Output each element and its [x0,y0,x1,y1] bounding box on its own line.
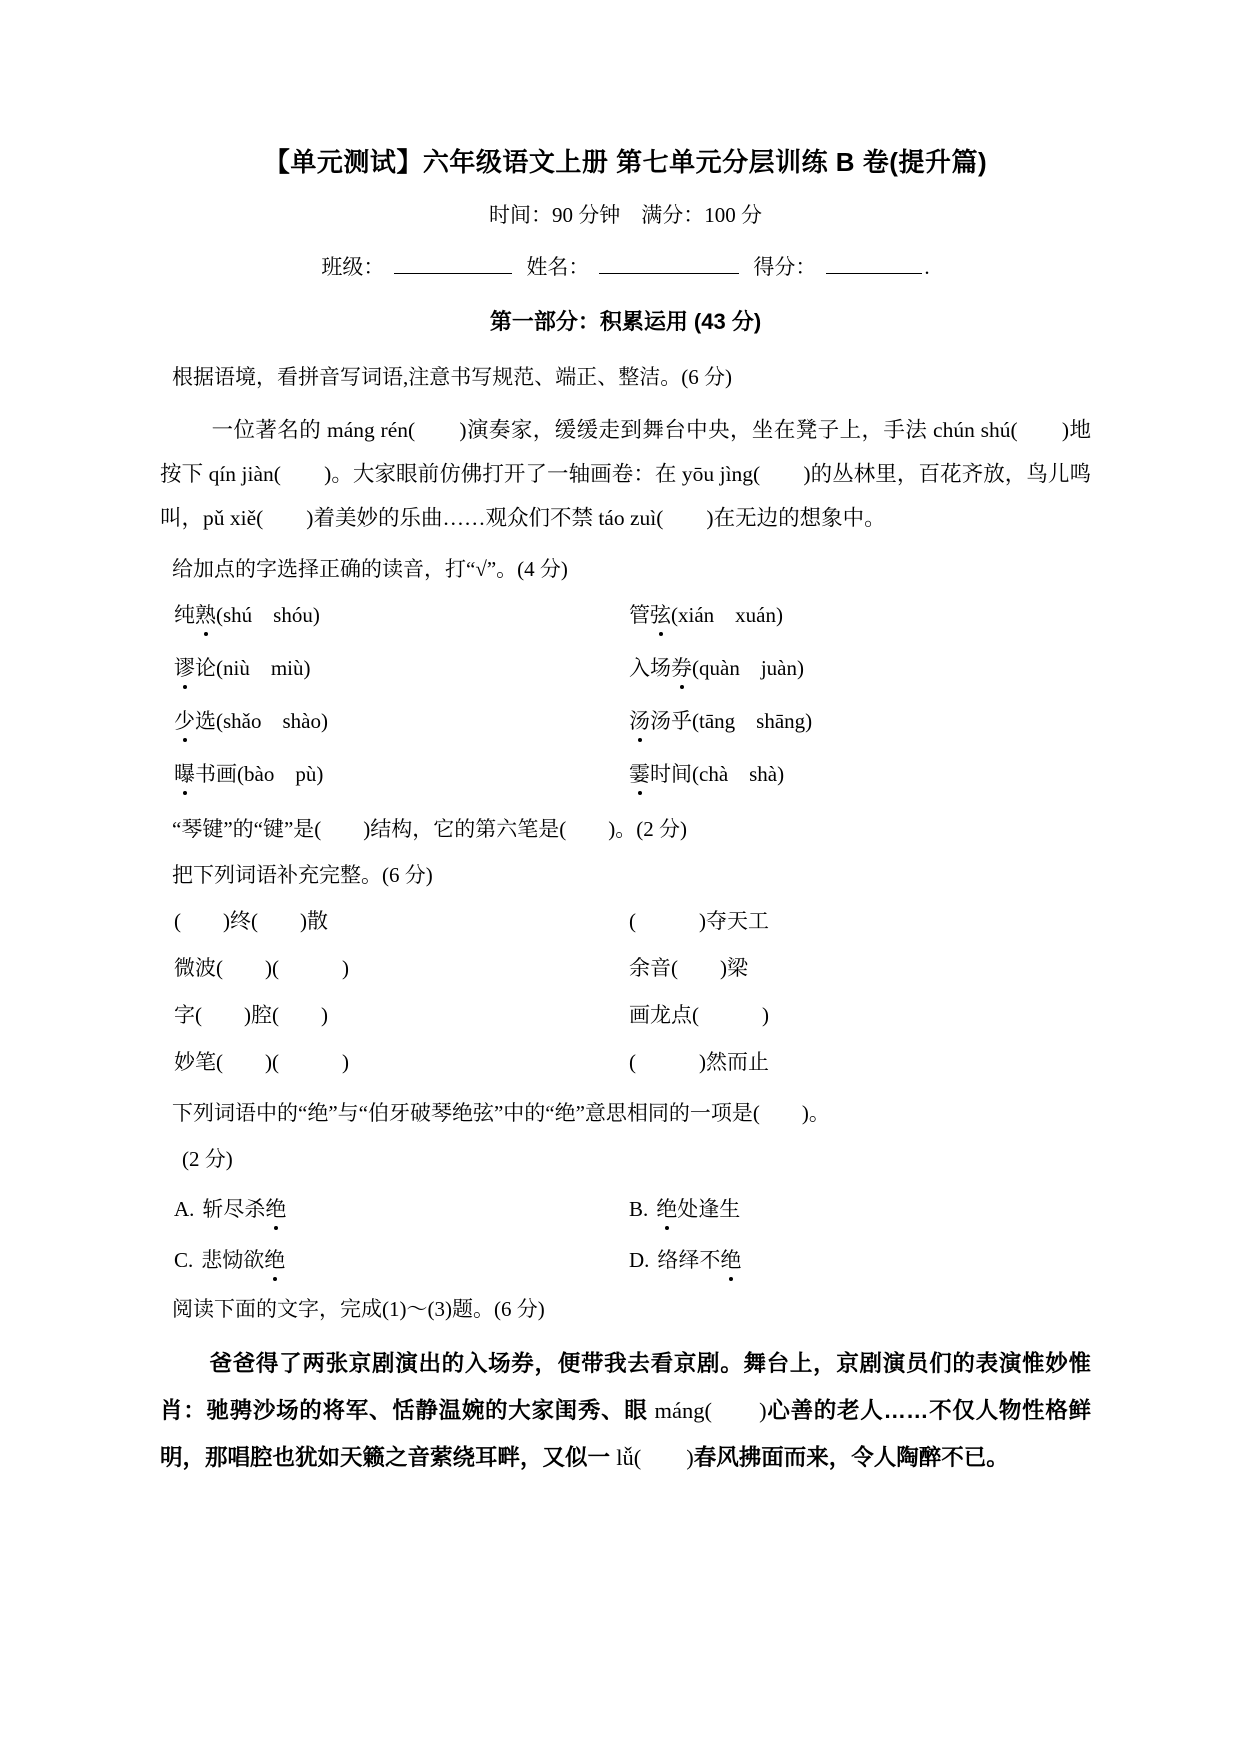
option-a: A.斩尽杀绝 [174,1193,629,1223]
option-d-label: D. [629,1248,649,1273]
name-label: 姓名： [526,255,589,279]
q5-options-grid: A.斩尽杀绝 B.绝处逢生 C.悲恸欲绝 D.络绎不绝 [160,1193,1091,1274]
completion-item: 微波( )( ) [174,952,629,982]
emphasized-char: 霎 [629,758,650,788]
doc-title: 【单元测试】六年级语文上册 第七单元分层训练 B 卷(提升篇) [160,142,1091,179]
emphasized-char: 绝 [265,1193,286,1223]
pron-item-shashijian: 霎时间(chà shà) [629,758,1091,788]
pron-item-miulun: 谬论(niù miù) [174,652,629,682]
name-blank [599,252,739,274]
q4-completion-grid: ( )终( )散 ( )夺天工 微波( )( ) 余音( )梁 字( )腔( )… [160,905,1091,1076]
completion-item: 画龙点( ) [629,999,1091,1029]
exam-paper-page: 【单元测试】六年级语文上册 第七单元分层训练 B 卷(提升篇) 时间：90 分钟… [0,0,1241,1754]
pron-item-shaoxuan: 少选(shǎo shào) [174,705,629,735]
score-blank [826,252,922,274]
option-a-label: A. [174,1197,194,1222]
pron-item-tangtanghu: 汤汤乎(tāng shāng) [629,705,1091,735]
class-blank [394,252,512,274]
option-c-label: C. [174,1248,193,1273]
q2-pronunciation-grid: 纯熟(shú shóu) 管弦(xián xuán) 谬论(niù miù) 入… [160,599,1091,788]
completion-item: 余音( )梁 [629,952,1091,982]
completion-item: 妙笔( )( ) [174,1046,629,1076]
trailing-period: . [924,255,929,279]
q5-score: (2 分) [160,1144,1091,1176]
emphasized-char: 券 [671,652,692,682]
q6-prompt: 阅读下面的文字，完成(1)～(3)题。(6 分) [160,1294,1091,1326]
option-d: D.络绎不绝 [629,1244,1091,1274]
section1-header: 第一部分：积累运用 (43 分) [160,305,1091,336]
emphasized-char: 汤 [629,705,650,735]
option-b-label: B. [629,1197,648,1222]
pron-item-pushuhua: 曝书画(bào pù) [174,758,629,788]
q4-prompt: 把下列词语补充完整。(6 分) [160,860,1091,892]
q1-pinyin-paragraph: 一位著名的 máng rén( )演奏家，缓缓走到舞台中央，坐在凳子上，手法 c… [160,408,1091,540]
emphasized-char: 绝 [656,1193,677,1223]
completion-item: ( )夺天工 [629,905,1091,935]
class-label: 班级： [321,255,384,279]
emphasized-char: 熟 [195,599,216,629]
option-c: C.悲恸欲绝 [174,1244,629,1274]
q1-prompt: 根据语境，看拼音写词语,注意书写规范、端正、整洁。(6 分) [160,362,1091,394]
emphasized-char: 曝 [174,758,195,788]
time-score-line: 时间：90 分钟 满分：100 分 [160,199,1091,229]
q6-reading-paragraph: 爸爸得了两张京剧演出的入场券，便带我去看京剧。舞台上，京剧演员们的表演惟妙惟肖：… [160,1340,1091,1482]
emphasized-char: 绝 [264,1244,285,1274]
q2-prompt: 给加点的字选择正确的读音，打“√”。(4 分) [160,554,1091,586]
student-info-line: 班级：姓名：得分：. [160,251,1091,281]
completion-item: ( )终( )散 [174,905,629,935]
emphasized-char: 弦 [650,599,671,629]
pron-item-ruchangquan: 入场券(quàn juàn) [629,652,1091,682]
completion-item: 字( )腔( ) [174,999,629,1029]
q5-prompt: 下列词语中的“绝”与“伯牙破琴绝弦”中的“绝”意思相同的一项是( )。 [160,1098,1091,1130]
emphasized-char: 绝 [720,1244,741,1274]
emphasized-char: 少 [174,705,195,735]
q3-prompt: “琴键”的“键”是( )结构，它的第六笔是( )。(2 分) [160,814,1091,846]
score-label: 得分： [753,255,816,279]
emphasized-char: 谬 [174,652,195,682]
pron-item-chunshu: 纯熟(shú shóu) [174,599,629,629]
pron-item-guanxian: 管弦(xián xuán) [629,599,1091,629]
completion-item: ( )然而止 [629,1046,1091,1076]
option-b: B.绝处逢生 [629,1193,1091,1223]
